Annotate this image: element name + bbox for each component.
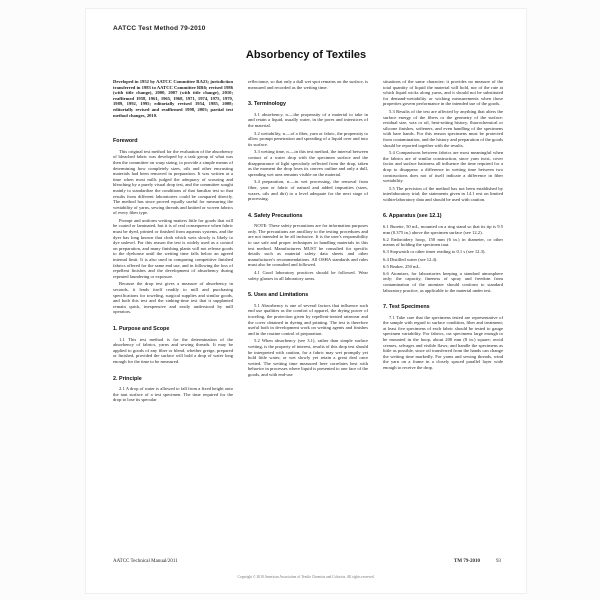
paragraph: Prompt and uniform wetting matters littl… <box>113 218 233 280</box>
section-heading-foreword: Foreword <box>113 138 233 145</box>
apparatus-item: 6.1 Burette, 50 mL, mounted on a ring st… <box>383 224 503 235</box>
paragraph: 2.1 A drop of water is allowed to fall f… <box>113 386 233 403</box>
safety-note: NOTE: These safety precautions are for i… <box>248 223 368 268</box>
text-column-middle: reflectance, so that only a dull wet spo… <box>248 79 368 563</box>
paragraph: 5.4 Comparisons between fabrics are most… <box>383 150 503 184</box>
copyright-line: Copyright © 2010 American Association of… <box>86 575 526 579</box>
paragraph: This original test method for the evalua… <box>113 149 233 216</box>
apparatus-item: 6.6 Atomizer, for laboratories keeping a… <box>383 271 503 293</box>
paragraph: 7.1 Take care that the specimens tested … <box>383 315 503 371</box>
paragraph-continuation: reflectance, so that only a dull wet spo… <box>248 79 368 90</box>
document-title: Absorbency of Textiles <box>86 49 526 61</box>
paragraph: 1.1 This test method is for the determin… <box>113 337 233 365</box>
definition: 3.3 wetting time, n.—in this test method… <box>248 149 368 177</box>
section-heading-5: 5. Uses and Limitations <box>248 292 368 299</box>
definition: 3.4 preparation, n.—in wet processing, t… <box>248 179 368 201</box>
apparatus-item: 6.4 Distilled water (see 12.4). <box>383 257 503 263</box>
document-page: AATCC Test Method 79-2010 Absorbency of … <box>85 8 527 594</box>
definition: 3.2 wettability, n.—of a fiber, yarn or … <box>248 131 368 148</box>
paragraph: 5.5 The precision of the method has not … <box>383 186 503 203</box>
revision-history: Developed in 1952 by AATCC Committee RA2… <box>113 79 233 118</box>
paragraph-continuation: situations of the same character; it pro… <box>383 79 503 107</box>
page-footer: AATCC Technical Manual/2011 TM 79-2010 9… <box>113 559 501 564</box>
footer-method-code: TM 79-2010 <box>454 559 480 564</box>
text-column-left: Developed in 1952 by AATCC Committee RA2… <box>113 79 233 563</box>
section-heading-1: 1. Purpose and Scope <box>113 326 233 333</box>
paragraph: 5.3 Results of the test are affected by … <box>383 109 503 148</box>
footer-manual-label: AATCC Technical Manual/2011 <box>113 559 178 564</box>
text-column-right: situations of the same character; it pro… <box>383 79 503 563</box>
paragraph: 4.1 Good laboratory practices should be … <box>248 270 368 281</box>
paragraph: Because the drop test gives a measure of… <box>113 281 233 315</box>
paragraph: 5.1 Absorbency is one of several factors… <box>248 303 368 337</box>
apparatus-item: 6.2 Embroidery hoop, 150 mm (6 in.) in d… <box>383 237 503 248</box>
section-heading-6: 6. Apparatus (see 12.1) <box>383 213 503 220</box>
section-heading-3: 3. Terminology <box>248 101 368 108</box>
footer-page-number: 93 <box>496 559 501 564</box>
section-heading-2: 2. Principle <box>113 376 233 383</box>
apparatus-item: 6.5 Beaker, 250 mL. <box>383 264 503 270</box>
paragraph: 5.2 When absorbency (see 3.1), rather th… <box>248 338 368 377</box>
document-header: AATCC Test Method 79-2010 <box>113 25 313 32</box>
apparatus-item: 6.3 Stopwatch or other timer reading to … <box>383 249 503 255</box>
section-heading-7: 7. Test Specimens <box>383 304 503 311</box>
definition: 3.1 absorbency, n.—the propensity of a m… <box>248 112 368 129</box>
section-heading-4: 4. Safety Precautions <box>248 213 368 220</box>
